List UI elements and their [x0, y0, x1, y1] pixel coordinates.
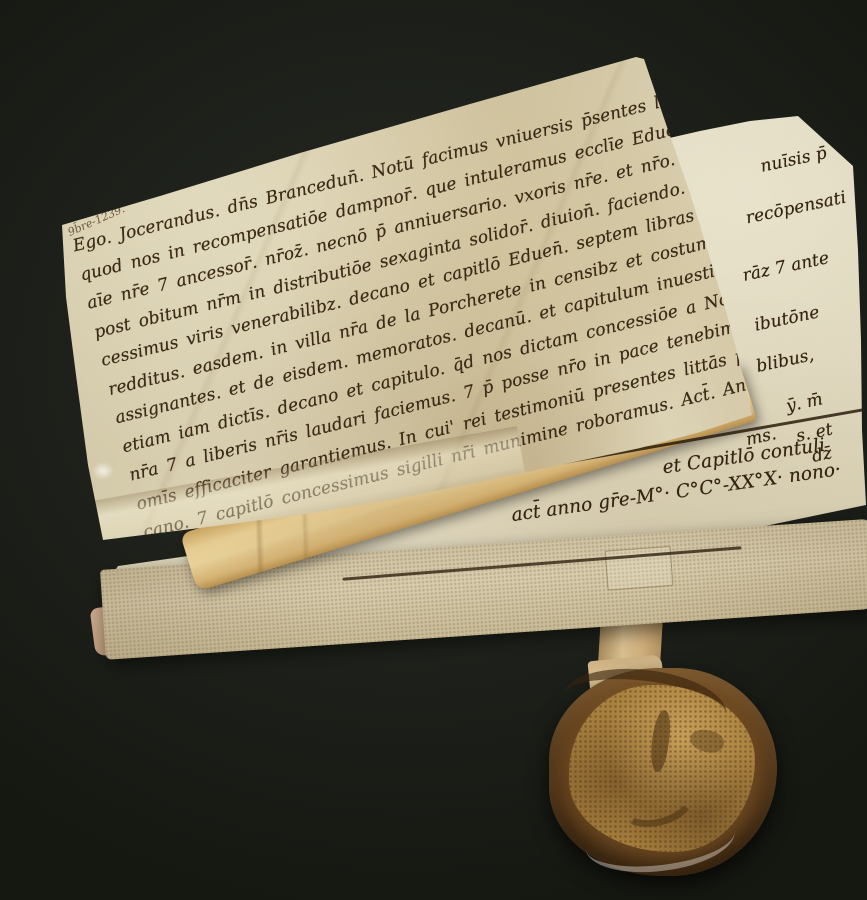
rear-charter-fragment: nuīsis p̄ — [759, 143, 829, 177]
parchment-edge-fuzz — [92, 462, 114, 480]
rear-charter-fragment: ȳ. m̄ — [784, 389, 824, 416]
rear-charter-fragment: recōpensati — [744, 188, 848, 229]
charter-photograph: nuīsis p̄ recōpensati rāz 7 ante ibutōne… — [0, 0, 867, 900]
wax-seal — [549, 668, 777, 876]
rear-charter-fragment: blibus, — [755, 345, 816, 377]
rear-charter-fragment: rāz 7 ante — [741, 248, 831, 286]
rear-charter-fragment: ibutōne — [753, 302, 822, 335]
